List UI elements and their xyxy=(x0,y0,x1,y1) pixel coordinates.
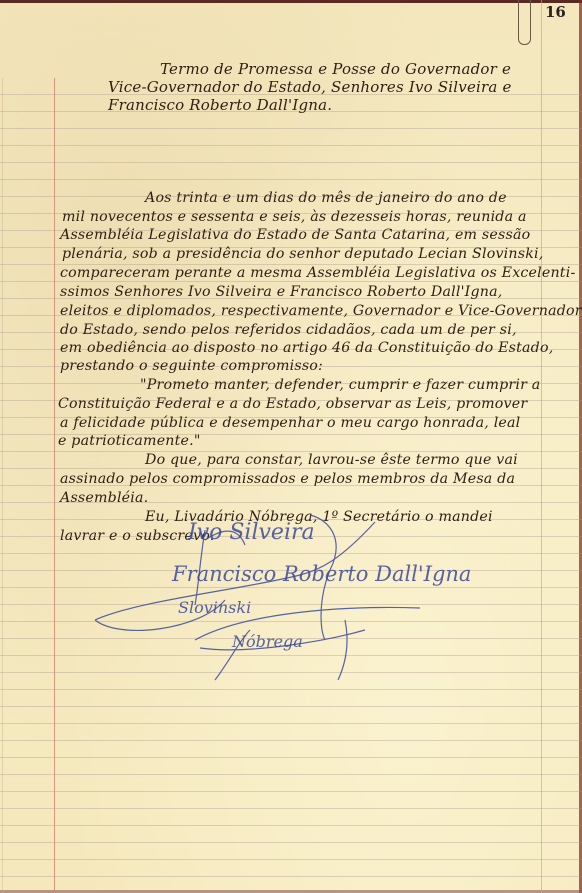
body-line: Do que, para constar, lavrou-se êste ter… xyxy=(145,452,518,468)
oath-line: a felicidade pública e desempenhar o meu… xyxy=(60,415,520,431)
signature-secretary: Nóbrega xyxy=(232,632,303,651)
body-line: ssimos Senhores Ivo Silveira e Francisco… xyxy=(60,284,502,300)
body-line: Assembléia. xyxy=(60,490,148,506)
page-number: 16 xyxy=(545,3,566,21)
title-line: Francisco Roberto Dall'Igna. xyxy=(108,96,332,114)
oath-line: e patrioticamente." xyxy=(58,433,201,449)
body-line: mil novecentos e sessenta e seis, às dez… xyxy=(62,209,527,225)
body-line: Aos trinta e um dias do mês de janeiro d… xyxy=(145,190,507,206)
title-line: Vice-Governador do Estado, Senhores Ivo … xyxy=(108,78,512,96)
body-line: Assembléia Legislativa do Estado de Sant… xyxy=(60,227,530,243)
body-line: compareceram perante a mesma Assembléia … xyxy=(60,265,575,281)
oath-line: "Prometo manter, defender, cumprir e faz… xyxy=(140,377,540,393)
body-line: eleitos e diplomados, respectivamente, G… xyxy=(60,303,582,319)
page-top-edge xyxy=(0,0,582,3)
body-line: assinado pelos compromissados e pelos me… xyxy=(60,471,515,487)
signature-governor: Ivo Silveira xyxy=(188,520,315,545)
signature-president: Slovinski xyxy=(178,598,251,617)
document-page: 16 Termo de Promessa e Posse do Governad… xyxy=(0,0,582,893)
body-line: plenária, sob a presidência do senhor de… xyxy=(62,246,543,262)
paper-clip-icon xyxy=(518,0,531,45)
left-margin-line xyxy=(54,78,55,893)
body-line: do Estado, sendo pelos referidos cidadão… xyxy=(60,322,517,338)
right-margin-line xyxy=(541,0,542,893)
oath-line: Constituição Federal e a do Estado, obse… xyxy=(58,396,527,412)
title-line: Termo de Promessa e Posse do Governador … xyxy=(160,60,511,78)
body-line: em obediência ao disposto no artigo 46 d… xyxy=(60,340,553,356)
signature-vice-governor: Francisco Roberto Dall'Igna xyxy=(172,562,471,586)
outer-margin-line xyxy=(2,78,3,893)
body-line: prestando o seguinte compromisso: xyxy=(60,358,323,374)
